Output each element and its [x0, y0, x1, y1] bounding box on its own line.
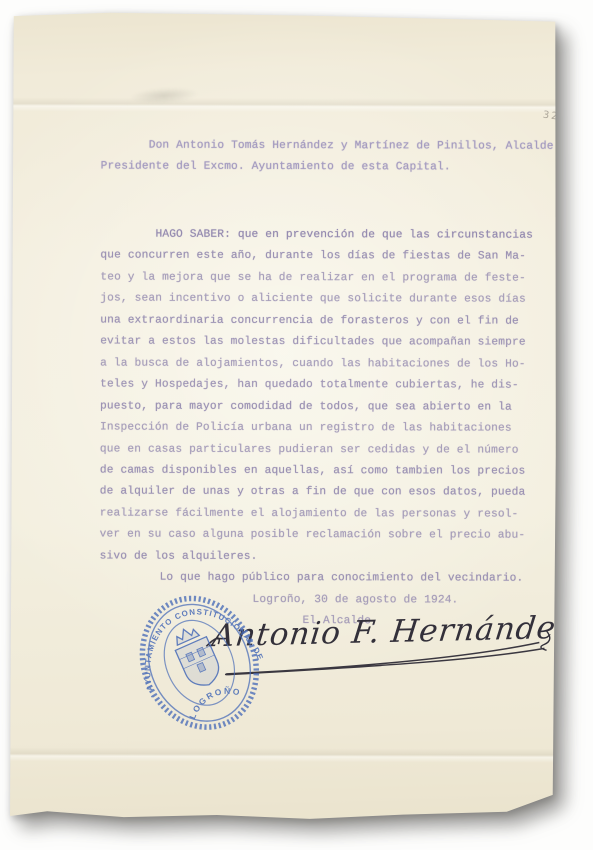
- body-line: a la busca de alojamientos, cuando las h…: [100, 353, 548, 376]
- pencil-annotation: 32: [542, 110, 560, 123]
- body-line: teles y Hospedajes, han quedado totalmen…: [100, 375, 548, 398]
- paper-sheet: 32 Don Antonio Tomás Hernández y Martíne…: [9, 11, 558, 820]
- body-line: que concurren este año, durante los días…: [100, 246, 548, 269]
- body-line: Inspección de Policía urbana un registro…: [100, 418, 548, 441]
- body-line: de camas disponibles en aquellas, así co…: [100, 461, 548, 484]
- body-line: sivo de los alquileres.: [100, 546, 548, 569]
- body-line: jos, sean incentivo o aliciente que soli…: [100, 289, 548, 312]
- body-line: teo y la mejora que se ha de realizar en…: [100, 267, 548, 290]
- body-line: una extraordinaria concurrencia de foras…: [100, 310, 548, 333]
- fold-crease-top: [11, 97, 558, 112]
- body-line: HAGO SABER: que en prevención de que las…: [100, 225, 548, 248]
- fold-crease-bottom: [9, 747, 556, 762]
- document-body: HAGO SABER: que en prevención de que las…: [99, 225, 548, 634]
- body-line: realizarse fácilmente el alojamiento de …: [100, 503, 548, 526]
- header-line: Presidente del Excmo. Ayuntamiento de es…: [101, 157, 549, 180]
- body-line: evitar a estos las molestas dificultades…: [100, 332, 548, 355]
- scanned-document: 32 Don Antonio Tomás Hernández y Martíne…: [10, 12, 557, 820]
- body-line: que en casas particulares pudieran ser c…: [100, 439, 548, 462]
- header-line: Don Antonio Tomás Hernández y Martínez d…: [101, 136, 549, 159]
- document-header: Don Antonio Tomás Hernández y Martínez d…: [101, 136, 549, 180]
- body-line: de alquiler de unas y otras a fin de que…: [100, 482, 548, 505]
- body-line: puesto, para mayor comodidad de todos, q…: [100, 396, 548, 419]
- coat-of-arms-icon: [169, 622, 225, 692]
- ink-smudge: [128, 85, 199, 106]
- closing-line: Lo que hago público para conocimiento de…: [100, 568, 548, 591]
- body-line: ver en su caso alguna posible reclamació…: [100, 525, 548, 548]
